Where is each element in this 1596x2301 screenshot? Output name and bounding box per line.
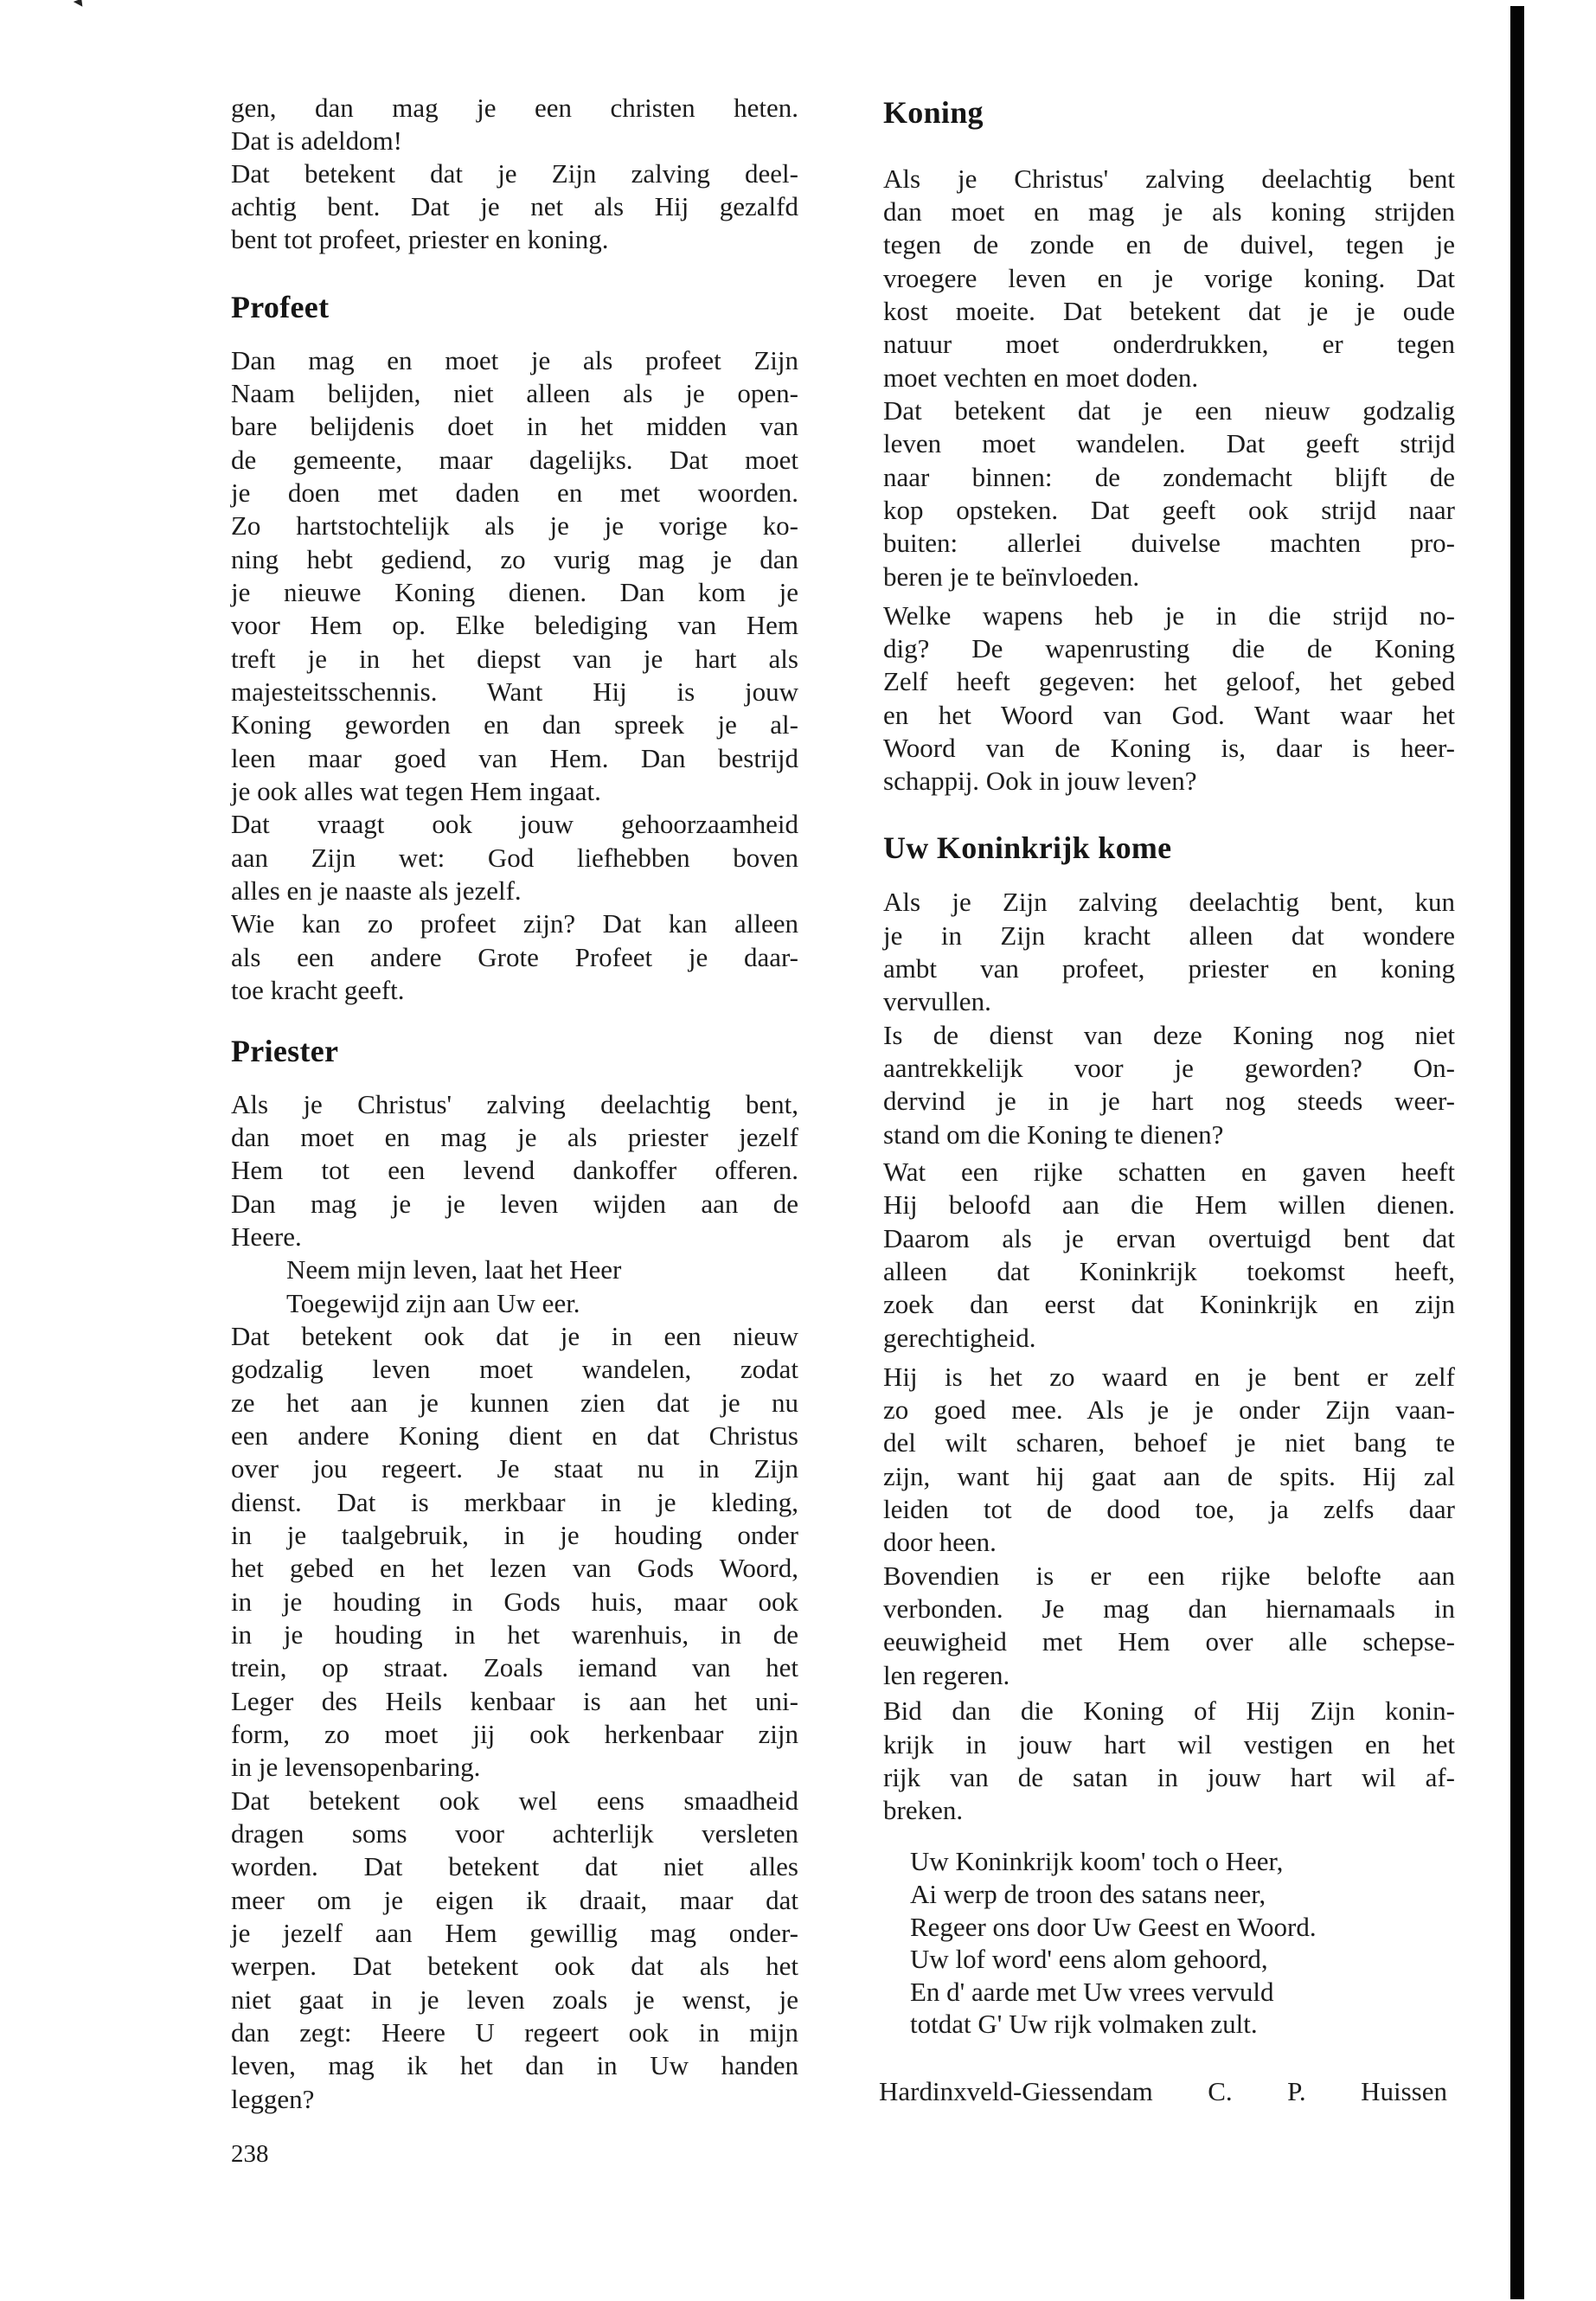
body-line: len regeren. bbox=[883, 1659, 1455, 1692]
body-line: meer om je eigen ik draait, maar dat bbox=[231, 1884, 798, 1917]
body-line: verbonden. Je mag dan hiernamaals in bbox=[883, 1593, 1455, 1625]
hymn-quote-line: Toegewijd zijn aan Uw eer. bbox=[286, 1287, 771, 1320]
body-line: krijk in jouw hart wil vestigen en het bbox=[883, 1728, 1455, 1761]
body-line: Als je Zijn zalving deelachtig bent, kun bbox=[883, 886, 1455, 919]
body-line: majesteitsschennis. Want Hij is jouw bbox=[231, 676, 798, 708]
body-line: het gebed en het lezen van Gods Woord, bbox=[231, 1552, 798, 1585]
body-line: Bid dan die Koning of Hij Zijn konin- bbox=[883, 1695, 1455, 1727]
body-line: bent tot profeet, priester en koning. bbox=[231, 223, 798, 256]
body-line: Wat een rijke schatten en gaven heeft bbox=[883, 1156, 1455, 1189]
poem-line: totdat G' Uw rijk volmaken zult. bbox=[910, 2008, 1429, 2041]
author-signature: Hardinxveld-Giessendam C. P. Huissen bbox=[879, 2075, 1447, 2108]
poem-line: Uw lof word' eens alom gehoord, bbox=[910, 1943, 1429, 1976]
poem-line: Regeer ons door Uw Geest en Woord. bbox=[910, 1911, 1429, 1944]
body-line: Als je Christus' zalving deelachtig bent bbox=[883, 163, 1455, 195]
body-line: dan moet en mag je als koning strijden bbox=[883, 195, 1455, 228]
page-number: 238 bbox=[231, 2138, 335, 2170]
body-line: dan zegt: Heere U regeert ook in mijn bbox=[231, 2016, 798, 2049]
section-heading-uw-koninkrijk-kome: Uw Koninkrijk kome bbox=[883, 830, 1171, 865]
body-line: dragen soms voor achterlijk versleten bbox=[231, 1817, 798, 1850]
body-line: Hij beloofd aan die Hem willen dienen. bbox=[883, 1189, 1455, 1221]
body-line: Hij is het zo waard en je bent er zelf bbox=[883, 1361, 1455, 1394]
body-line: over jou regeert. Je staat nu in Zijn bbox=[231, 1452, 798, 1485]
body-line: Dan mag en moet je als profeet Zijn bbox=[231, 344, 798, 377]
body-line: Dat betekent ook dat je in een nieuw bbox=[231, 1320, 798, 1353]
body-line: in je taalgebruik, in je houding onder bbox=[231, 1519, 798, 1552]
body-line: Bovendien is er een rijke belofte aan bbox=[883, 1560, 1455, 1593]
body-line: Wie kan zo profeet zijn? Dat kan alleen bbox=[231, 907, 798, 940]
body-line: kop opsteken. Dat geeft ook strijd naar bbox=[883, 494, 1455, 527]
body-line: en het Woord van God. Want waar het bbox=[883, 699, 1455, 732]
body-line: alleen dat Koninkrijk toekomst heeft, bbox=[883, 1255, 1455, 1288]
body-line: kost moeite. Dat betekent dat je je oude bbox=[883, 295, 1455, 328]
body-line: Heere. bbox=[231, 1221, 798, 1253]
body-line: in je houding in het warenhuis, in de bbox=[231, 1618, 798, 1651]
body-line: in je levensopenbaring. bbox=[231, 1751, 798, 1784]
body-line: door heen. bbox=[883, 1526, 1455, 1559]
body-line: ze het aan je kunnen zien dat je nu bbox=[231, 1387, 798, 1420]
body-line: je doen met daden en met woorden. bbox=[231, 477, 798, 510]
body-line: Woord van de Koning is, daar is heer- bbox=[883, 732, 1455, 765]
body-line: Hem tot een levend dankoffer offeren. bbox=[231, 1154, 798, 1187]
body-line: zo goed mee. Als je je onder Zijn vaan- bbox=[883, 1394, 1455, 1426]
body-line: schappij. Ook in jouw leven? bbox=[883, 765, 1455, 798]
body-line: godzalig leven moet wandelen, zodat bbox=[231, 1353, 798, 1386]
body-line: leven moet wandelen. Dat geeft strijd bbox=[883, 427, 1455, 460]
section-heading-profeet: Profeet bbox=[231, 290, 329, 324]
body-line: vroegere leven en je vorige koning. Dat bbox=[883, 262, 1455, 295]
body-line: aan Zijn wet: God liefhebben boven bbox=[231, 842, 798, 875]
body-line: leggen? bbox=[231, 2083, 798, 2116]
body-line: voor Hem op. Elke belediging van Hem bbox=[231, 609, 798, 642]
body-line: alles en je naaste als jezelf. bbox=[231, 875, 798, 907]
body-line: bare belijdenis doet in het midden van bbox=[231, 410, 798, 443]
poem-line: Uw Koninkrijk koom' toch o Heer, bbox=[910, 1845, 1429, 1878]
body-line: gen, dan mag je een christen heten. bbox=[231, 92, 798, 125]
body-line: Leger des Heils kenbaar is aan het uni- bbox=[231, 1685, 798, 1718]
body-line: je nieuwe Koning dienen. Dan kom je bbox=[231, 576, 798, 609]
body-line: rijk van de satan in jouw hart wil af- bbox=[883, 1761, 1455, 1794]
body-line: een andere Koning dient en dat Christus bbox=[231, 1420, 798, 1452]
body-line: leen maar goed van Hem. Dan bestrijd bbox=[231, 742, 798, 775]
body-line: Dat betekent dat je Zijn zalving deel- bbox=[231, 157, 798, 190]
body-line: vervullen. bbox=[883, 985, 1455, 1018]
body-line: leven, mag ik het dan in Uw handen bbox=[231, 2049, 798, 2082]
body-line: natuur moet onderdrukken, er tegen bbox=[883, 328, 1455, 361]
body-line: Koning geworden en dan spreek je al- bbox=[231, 708, 798, 741]
body-line: moet vechten en moet doden. bbox=[883, 362, 1455, 394]
body-line: Dat vraagt ook jouw gehoorzaamheid bbox=[231, 808, 798, 841]
body-line: leiden tot de dood toe, ja zelfs daar bbox=[883, 1493, 1455, 1526]
body-line: je jezelf aan Hem gewillig mag onder- bbox=[231, 1917, 798, 1950]
hymn-quote-line: Neem mijn leven, laat het Heer bbox=[286, 1253, 771, 1286]
body-line: zoek dan eerst dat Koninkrijk en zijn bbox=[883, 1288, 1455, 1321]
body-line: de gemeente, maar dagelijks. Dat moet bbox=[231, 444, 798, 477]
body-line: als een andere Grote Profeet je daar- bbox=[231, 941, 798, 974]
body-line: dan moet en mag je als priester jezelf bbox=[231, 1121, 798, 1154]
body-line: dienst. Dat is merkbaar in je kleding, bbox=[231, 1486, 798, 1519]
body-line: in je houding in Gods huis, maar ook bbox=[231, 1586, 798, 1618]
body-line: Dat betekent dat je een nieuw godzalig bbox=[883, 394, 1455, 427]
body-line: Zelf heeft gegeven: het geloof, het gebe… bbox=[883, 665, 1455, 698]
body-line: toe kracht geeft. bbox=[231, 974, 798, 1007]
body-line: buiten: allerlei duivelse machten pro- bbox=[883, 527, 1455, 560]
body-line: zijn, want hij gaat aan de spits. Hij za… bbox=[883, 1460, 1455, 1493]
body-line: worden. Dat betekent dat niet alles bbox=[231, 1850, 798, 1883]
body-line: Welke wapens heb je in die strijd no- bbox=[883, 599, 1455, 632]
body-line: dig? De wapenrusting die de Koning bbox=[883, 632, 1455, 665]
body-line: achtig bent. Dat je net als Hij gezalfd bbox=[231, 190, 798, 223]
body-line: naar binnen: de zondemacht blijft de bbox=[883, 461, 1455, 494]
body-line: stand om die Koning te dienen? bbox=[883, 1118, 1455, 1151]
body-line: je ook alles wat tegen Hem ingaat. bbox=[231, 775, 798, 808]
body-line: tegen de zonde en de duivel, tegen je bbox=[883, 228, 1455, 261]
body-line: Dat is adeldom! bbox=[231, 125, 798, 157]
body-line: ambt van profeet, priester en koning bbox=[883, 952, 1455, 985]
poem-line: Ai werp de troon des satans neer, bbox=[910, 1878, 1429, 1911]
body-line: Dat betekent ook wel eens smaadheid bbox=[231, 1785, 798, 1817]
body-line: aantrekkelijk voor je geworden? On- bbox=[883, 1052, 1455, 1085]
body-line: del wilt scharen, behoef je niet bang te bbox=[883, 1426, 1455, 1459]
body-line: breken. bbox=[883, 1794, 1455, 1827]
section-heading-priester: Priester bbox=[231, 1034, 338, 1068]
body-line: je in Zijn kracht alleen dat wondere bbox=[883, 920, 1455, 952]
body-line: trein, op straat. Zoals iemand van het bbox=[231, 1651, 798, 1684]
body-line: niet gaat in je leven zoals je wenst, je bbox=[231, 1984, 798, 2016]
page-edge-bar bbox=[1510, 6, 1524, 2299]
body-line: Zo hartstochtelijk als je je vorige ko- bbox=[231, 510, 798, 542]
body-line: werpen. Dat betekent ook dat als het bbox=[231, 1950, 798, 1983]
body-line: eeuwigheid met Hem over alle schepse- bbox=[883, 1625, 1455, 1658]
body-line: Dan mag je je leven wijden aan de bbox=[231, 1188, 798, 1221]
body-line: Daarom als je ervan overtuigd bent dat bbox=[883, 1222, 1455, 1255]
body-line: Is de dienst van deze Koning nog niet bbox=[883, 1019, 1455, 1052]
body-line: Als je Christus' zalving deelachtig bent… bbox=[231, 1088, 798, 1121]
body-line: form, zo moet jij ook herkenbaar zijn bbox=[231, 1718, 798, 1751]
scan-corner-mark bbox=[74, 0, 84, 9]
section-heading-koning: Koning bbox=[883, 95, 984, 130]
body-line: gerechtigheid. bbox=[883, 1322, 1455, 1355]
body-line: treft je in het diepst van je hart als bbox=[231, 643, 798, 676]
poem-line: En d' aarde met Uw vrees vervuld bbox=[910, 1976, 1429, 2009]
body-line: dervind je in je hart nog steeds weer- bbox=[883, 1085, 1455, 1118]
body-line: ning hebt gediend, zo vurig mag je dan bbox=[231, 543, 798, 576]
body-line: beren je te beïnvloeden. bbox=[883, 561, 1455, 593]
body-line: Naam belijden, niet alleen als je open- bbox=[231, 377, 798, 410]
